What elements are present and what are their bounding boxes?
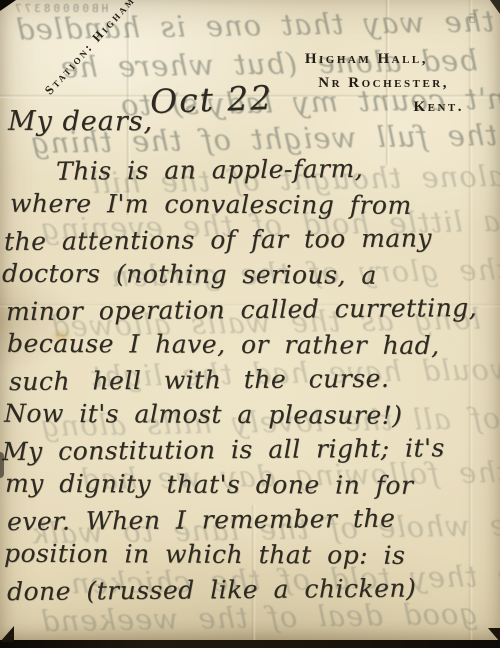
- letter-body-line: done (trussed like a chicken): [0, 570, 500, 609]
- letter-body-line: because I have, or rather had,: [0, 326, 500, 364]
- letter-body-line: ever. When I remember the: [0, 500, 500, 539]
- letter-body-line: position in which that op: is: [0, 536, 500, 574]
- scan-corner-bottom-left: [0, 626, 14, 642]
- letter-body-line: my dignity that's done in for: [0, 466, 500, 504]
- letterhead-address-line-2: Nr Rochester,: [244, 71, 449, 95]
- letter-body-line: such hell with the curse.: [0, 360, 500, 399]
- salutation: My dears,: [8, 106, 153, 137]
- letter-body: This is an apple-farm, where I'm convale…: [0, 152, 500, 607]
- letter-scan: HB00008377 5 o the way that one is handl…: [0, 0, 500, 648]
- letter-body-line: minor operation called curretting,: [0, 290, 500, 329]
- letter-body-line: This is an apple-farm,: [0, 150, 500, 189]
- scan-edge-bottom: [0, 640, 500, 648]
- letter-body-line: the attentions of far too many: [0, 220, 500, 259]
- letter-body-line: doctors (nothing serious, a: [0, 256, 500, 294]
- letterhead-address-block: Higham Hall, Nr Rochester, Kent.: [244, 47, 464, 119]
- letterhead-address-line-3: Kent.: [244, 95, 464, 119]
- scan-corner-bottom-right: [488, 628, 500, 642]
- letter-body-line: Now it's almost a pleasure!): [0, 396, 500, 434]
- scan-edge-left-sliver: [0, 452, 4, 478]
- scan-corner-top-left: [0, 0, 16, 11]
- letterhead-address-line-1: Higham Hall,: [244, 47, 428, 71]
- scan-corner-top-right: [490, 0, 500, 14]
- letter-body-line: My constitution is all right; it's: [0, 430, 500, 469]
- letter-body-line: where I'm convalescing from: [0, 186, 500, 224]
- handwritten-date: Oct 22: [149, 78, 274, 121]
